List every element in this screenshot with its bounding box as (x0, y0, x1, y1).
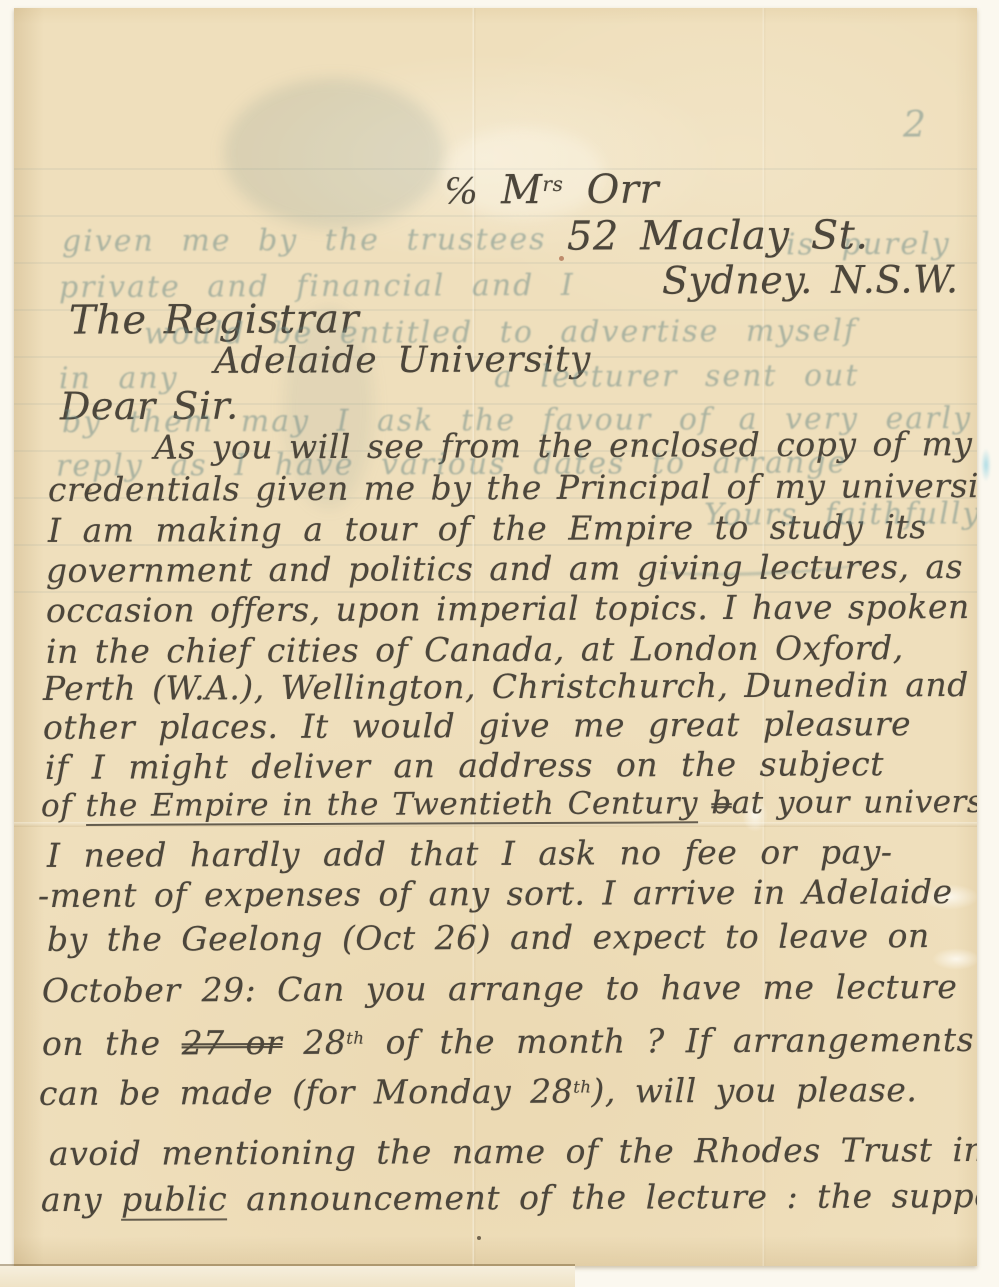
body-line: I need hardly add that I ask no fee or p… (47, 834, 893, 874)
text-segment: of the month ? If arrangements (364, 1020, 974, 1062)
superscript-text: th (573, 1077, 591, 1096)
text-segment: Perth (W.A.), Wellington, Christchurch, … (43, 665, 969, 708)
text-segment: I need hardly add that I ask no fee or p… (47, 832, 893, 875)
body-line: other places. It would give me great ple… (43, 706, 911, 746)
text-segment: 2 (903, 105, 928, 146)
body-line: on the 27 or 28th of the month ? If arra… (42, 1022, 974, 1062)
bleedthrough-line: reply as I have various dates to arrange (56, 446, 847, 482)
underlined-text: public (121, 1179, 227, 1220)
text-segment: -ment of expenses of any sort. I arrive … (38, 872, 953, 915)
text-segment: October 29: Can you arrange to have me l… (42, 967, 957, 1010)
bleedthrough-line: would be entitled to advertise myself (144, 314, 857, 350)
text-segment: in the chief cities of Canada, at London… (46, 628, 904, 671)
superscript-text: rs (542, 172, 563, 196)
text-segment: by them may I ask the favour of a very e… (62, 401, 972, 440)
body-line: October 29: Can you arrange to have me l… (42, 969, 957, 1009)
address-line: Sydney. N.S.W. (662, 259, 959, 302)
text-segment: in any (59, 361, 179, 397)
text-segment: ℅ M (444, 167, 543, 213)
struck-text: 27 or (182, 1023, 283, 1062)
letter-page: 2℅ Mrs Orr52 Maclay St.Sydney. N.S.W.The… (14, 8, 977, 1266)
address-line: ℅ Mrs Orr (444, 168, 659, 213)
text-segment: 28 (282, 1023, 346, 1062)
text-segment: of (41, 788, 86, 824)
bleedthrough-line: Yours faithfully (704, 497, 977, 531)
text-segment: avoid mentioning the name of the Rhodes … (49, 1130, 977, 1173)
body-line: -ment of expenses of any sort. I arrive … (38, 874, 953, 914)
body-line: government and politics and am giving le… (46, 549, 963, 589)
text-segment: if I might deliver an address on the sub… (45, 744, 884, 787)
bleedthrough-line: given me by the trustees (62, 223, 547, 258)
text-segment: other places. It would give me great ple… (43, 704, 911, 747)
body-line: in the chief cities of Canada, at London… (46, 630, 904, 670)
text-segment: given me by the trustees (62, 222, 547, 259)
bleedthrough-blot (224, 78, 444, 228)
paper-fleck (559, 256, 564, 261)
text-segment: at your university. (732, 784, 977, 821)
paper-fleck (477, 1236, 481, 1240)
text-segment: private and financial and I (59, 268, 575, 305)
body-line: avoid mentioning the name of the Rhodes … (49, 1132, 977, 1172)
under-sheet-edge (0, 1266, 575, 1287)
body-line: any public announcement of the lecture :… (41, 1178, 977, 1219)
body-line: can be made (for Monday 28th), will you … (39, 1072, 917, 1112)
body-line: by the Geelong (Oct 26) and expect to le… (47, 918, 930, 958)
text-segment: announcement of the lecture : the suppor… (227, 1176, 977, 1218)
bleedthrough-line: a lecturer sent out (494, 359, 860, 394)
text-segment: Orr (563, 167, 659, 213)
scanner-color-smudge (981, 448, 991, 482)
text-segment: Yours faithfully (704, 496, 977, 532)
text-segment: can be made (for Monday 28 (39, 1072, 573, 1113)
struck-text: b (711, 785, 732, 821)
body-line: occasion offers, upon imperial topics. I… (46, 589, 970, 629)
text-segment: by the Geelong (Oct 26) and expect to le… (47, 916, 930, 959)
bleedthrough-line: is purely (786, 228, 951, 262)
bleedthrough-line: private and financial and I (59, 269, 575, 304)
body-line: if I might deliver an address on the sub… (45, 746, 884, 786)
text-segment: Sydney. N.S.W. (662, 257, 959, 302)
text-segment: any (41, 1180, 121, 1219)
superscript-text: th (346, 1028, 364, 1047)
underlined-text: the Empire in the Twentieth Century (85, 785, 698, 826)
bleedthrough-line: in any (59, 362, 179, 396)
text-segment: on the (42, 1023, 182, 1063)
page-number-ghost: 2 (903, 106, 928, 146)
text-segment: would be entitled to advertise myself (144, 313, 857, 351)
text-segment: a lecturer sent out (494, 358, 860, 395)
scan-background: { "document": { "kind": "handwritten let… (0, 0, 999, 1287)
text-segment: occasion offers, upon imperial topics. I… (46, 587, 970, 630)
bleedthrough-line: by them may I ask the favour of a very e… (62, 402, 972, 439)
text-segment: ), will you please. (591, 1070, 917, 1110)
text-segment: reply as I have various dates to arrange (56, 445, 847, 483)
body-line: of the Empire in the Twentieth Century b… (41, 785, 977, 823)
text-segment: is purely (786, 227, 951, 263)
text-segment: government and politics and am giving le… (46, 547, 963, 590)
text-segment (698, 785, 712, 821)
body-line: Perth (W.A.), Wellington, Christchurch, … (43, 667, 969, 707)
